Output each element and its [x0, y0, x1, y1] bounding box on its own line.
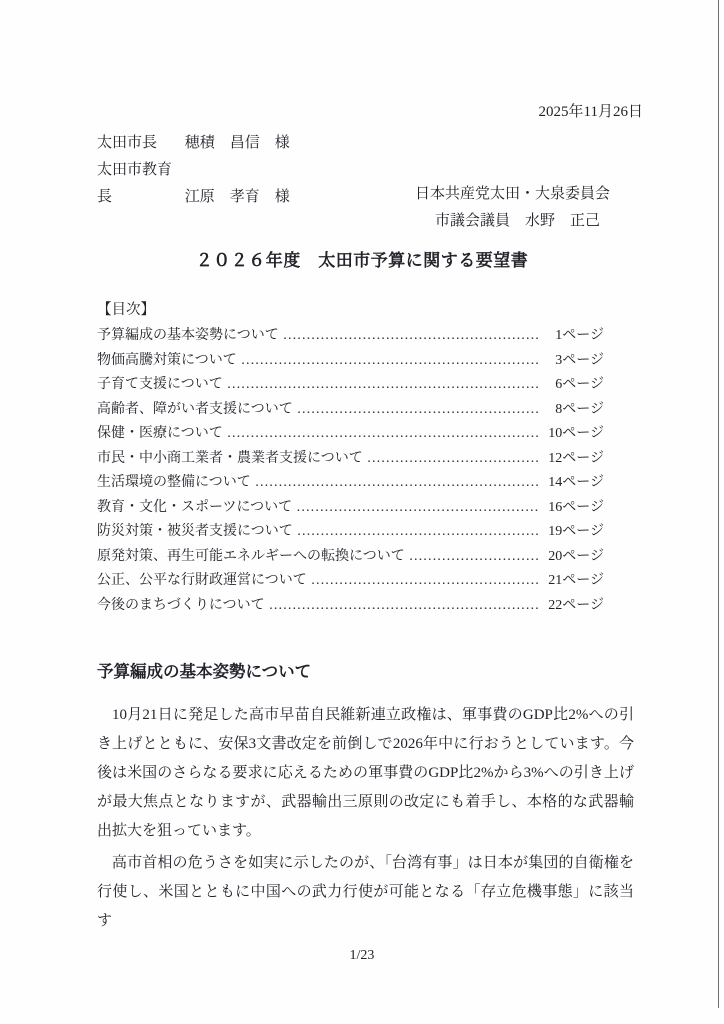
body-paragraph: 高市首相の危うさを如実に示したのが、「台湾有事」は日本が集団的自衛権を行使し、米… — [97, 849, 634, 936]
toc-item-title: 予算編成の基本姿勢について — [97, 324, 279, 349]
toc-leader-dots: …………………………………………………………………………………………………………… — [409, 545, 538, 570]
page-right-border — [718, 0, 719, 1008]
toc-page-number: 8ページ — [544, 398, 604, 423]
addressee-role: 太田市長 — [97, 130, 181, 157]
toc-leader-dots: …………………………………………………………………………………………………………… — [227, 422, 538, 447]
toc-page-number: 20ページ — [544, 545, 604, 570]
toc-row: 原発対策、再生可能エネルギーへの転換について ……………………………………………… — [97, 545, 604, 570]
sender-block: 日本共産党太田・大泉委員会 市議会議員 水野 正己 — [0, 181, 610, 234]
toc-leader-dots: …………………………………………………………………………………………………………… — [296, 496, 538, 521]
toc-heading: 【目次】 — [97, 298, 155, 319]
toc-row: 教育・文化・スポーツについて …………………………………………………………………… — [97, 496, 604, 521]
toc-page-number: 22ページ — [544, 594, 604, 619]
toc-page-number: 12ページ — [544, 447, 604, 472]
toc-item-title: 公正、公平な行財政運営について — [97, 569, 307, 594]
toc-item-title: 市民・中小商工業者・農業者支援について — [97, 447, 363, 472]
toc-leader-dots: …………………………………………………………………………………………………………… — [367, 447, 538, 472]
toc-row: 子育て支援について ………………………………………………………………………………… — [97, 373, 604, 398]
addressee-name: 穂積 昌信 様 — [185, 135, 290, 151]
toc-item-title: 防災対策・被災者支援について — [97, 520, 293, 545]
section-heading: 予算編成の基本姿勢について — [97, 658, 311, 682]
toc-page-number: 14ページ — [544, 471, 604, 496]
toc-item-title: 原発対策、再生可能エネルギーへの転換について — [97, 545, 405, 570]
toc-leader-dots: …………………………………………………………………………………………………………… — [297, 398, 538, 423]
body-paragraph: 10月21日に発足した高市早苗自民維新連立政権は、軍事費のGDP比2%への引き上… — [97, 701, 634, 846]
document-page: 2025年11月26日 太田市長 穂積 昌信 様 太田市教育長 江原 孝育 様 … — [0, 0, 724, 1024]
toc-item-title: 生活環境の整備について — [97, 471, 251, 496]
toc-leader-dots: …………………………………………………………………………………………………………… — [269, 594, 538, 619]
toc-item-title: 保健・医療について — [97, 422, 223, 447]
table-of-contents: 予算編成の基本姿勢について ……………………………………………………………………… — [97, 324, 604, 618]
toc-item-title: 子育て支援について — [97, 373, 223, 398]
toc-row: 物価高騰対策について ……………………………………………………………………………… — [97, 349, 604, 374]
toc-leader-dots: …………………………………………………………………………………………………………… — [241, 349, 538, 374]
toc-row: 今後のまちづくりについて ………………………………………………………………………… — [97, 594, 604, 619]
toc-row: 高齢者、障がい者支援について …………………………………………………………………… — [97, 398, 604, 423]
sender-person: 市議会議員 水野 正己 — [0, 208, 610, 235]
body-text: 10月21日に発足した高市早苗自民維新連立政権は、軍事費のGDP比2%への引き上… — [97, 701, 634, 936]
toc-item-title: 今後のまちづくりについて — [97, 594, 265, 619]
page-number-footer: 1/23 — [0, 948, 724, 964]
toc-leader-dots: …………………………………………………………………………………………………………… — [255, 471, 538, 496]
toc-page-number: 21ページ — [544, 569, 604, 594]
toc-row: 公正、公平な行財政運営について ………………………………………………………………… — [97, 569, 604, 594]
toc-item-title: 高齢者、障がい者支援について — [97, 398, 293, 423]
toc-item-title: 物価高騰対策について — [97, 349, 237, 374]
toc-row: 予算編成の基本姿勢について ……………………………………………………………………… — [97, 324, 604, 349]
toc-page-number: 3ページ — [544, 349, 604, 374]
addressee-row: 太田市長 穂積 昌信 様 — [97, 130, 290, 157]
toc-page-number: 6ページ — [544, 373, 604, 398]
toc-page-number: 19ページ — [544, 520, 604, 545]
toc-leader-dots: …………………………………………………………………………………………………………… — [297, 520, 538, 545]
sender-organization: 日本共産党太田・大泉委員会 — [0, 181, 610, 208]
toc-leader-dots: …………………………………………………………………………………………………………… — [311, 569, 538, 594]
toc-row: 生活環境の整備について …………………………………………………………………………… — [97, 471, 604, 496]
toc-leader-dots: …………………………………………………………………………………………………………… — [227, 373, 538, 398]
toc-row: 保健・医療について ………………………………………………………………………………… — [97, 422, 604, 447]
toc-page-number: 16ページ — [544, 496, 604, 521]
document-date: 2025年11月26日 — [0, 102, 643, 122]
toc-leader-dots: …………………………………………………………………………………………………………… — [283, 324, 538, 349]
toc-item-title: 教育・文化・スポーツについて — [97, 496, 292, 521]
toc-page-number: 1ページ — [544, 324, 604, 349]
document-title: ２０２６年度 太田市予算に関する要望書 — [0, 246, 724, 271]
toc-page-number: 10ページ — [544, 422, 604, 447]
toc-row: 市民・中小商工業者・農業者支援について ……………………………………………………… — [97, 447, 604, 472]
toc-row: 防災対策・被災者支援について …………………………………………………………………… — [97, 520, 604, 545]
